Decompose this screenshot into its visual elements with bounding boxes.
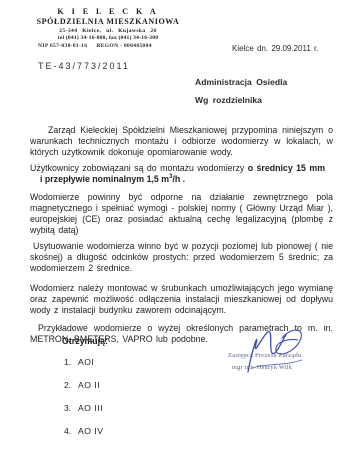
- paragraph-positioning: Usytuowanie wodomierza winno być w pozyc…: [30, 241, 333, 274]
- recipients-label: Otrzymują:: [62, 336, 108, 346]
- paragraph-intro: Zarząd Kieleckiej Spółdzielni Mieszkanio…: [30, 125, 333, 158]
- org-name-line2: SPÓŁDZIELNIA MIESZKANIOWA: [26, 17, 190, 26]
- paragraph-meter-spec-bold2: i przepływie nominalnym 1,5 m3/h .: [40, 174, 333, 185]
- recipient-number: 3.: [64, 403, 78, 414]
- org-nip: NIP 657-038-81-16: [38, 43, 87, 49]
- org-name-line1: K I E L E C K A: [26, 7, 190, 16]
- paragraph-meter-flow-unit: /h .: [172, 174, 185, 184]
- recipient-label: AO II: [78, 380, 100, 391]
- recipient-label: AOI: [78, 357, 94, 368]
- list-item: 3. AO III: [64, 403, 103, 414]
- list-item: 4. AO IV: [64, 426, 103, 437]
- addressee-block: Administracja Osiedla Wg rozdzielnika: [195, 77, 287, 113]
- recipient-label: AO IV: [78, 426, 103, 437]
- recipient-number: 4.: [64, 426, 78, 437]
- letterhead: K I E L E C K A SPÓŁDZIELNIA MIESZKANIOW…: [26, 7, 190, 41]
- recipients-list: 1. AOI 2. AO II 3. AO III 4. AO IV: [64, 357, 103, 449]
- reference-number: TE-43/773/2011: [38, 61, 130, 71]
- org-registry-line: NIP 657-038-81-16REGON - 000485084: [38, 43, 161, 49]
- date-line: Kielce dn. 29.09.2011 r.: [232, 44, 318, 53]
- paragraph-installation: Wodomierz należy montować w śrubunkach u…: [30, 283, 333, 316]
- addressee-line2: Wg rozdzielnika: [195, 95, 287, 105]
- paragraph-meter-spec-normal: Użytkownicy zobowiązani są do montażu wo…: [30, 163, 248, 173]
- org-regon: REGON - 000485084: [96, 43, 151, 49]
- signature-ink: [276, 330, 302, 354]
- addressee-line1: Administracja Osiedla: [195, 77, 287, 87]
- list-item: 2. AO II: [64, 380, 103, 391]
- org-phone-fax: tel (041) 34-16-000, fax (041) 34-16-300: [26, 35, 190, 41]
- paragraph-meter-spec-bold1: o średnicy 15 mm: [248, 163, 325, 173]
- paragraph-meter-spec: Użytkownicy zobowiązani są do montażu wo…: [30, 163, 333, 185]
- handwritten-signature-icon: [222, 322, 342, 382]
- signature-ink: [252, 360, 302, 368]
- signature-ink: [248, 332, 286, 372]
- recipient-number: 2.: [64, 380, 78, 391]
- scanned-letter-page: K I E L E C K A SPÓŁDZIELNIA MIESZKANIOW…: [0, 0, 360, 466]
- recipient-number: 1.: [64, 357, 78, 368]
- org-address: 25-344 Kielce, ul. Kujawska 26: [26, 28, 190, 34]
- list-item: 1. AOI: [64, 357, 103, 368]
- paragraph-requirements: Wodomierze powinny być odporne na działa…: [30, 192, 333, 236]
- paragraph-meter-flow-text: i przepływie nominalnym 1,5 m: [40, 174, 169, 184]
- recipient-label: AO III: [78, 403, 103, 414]
